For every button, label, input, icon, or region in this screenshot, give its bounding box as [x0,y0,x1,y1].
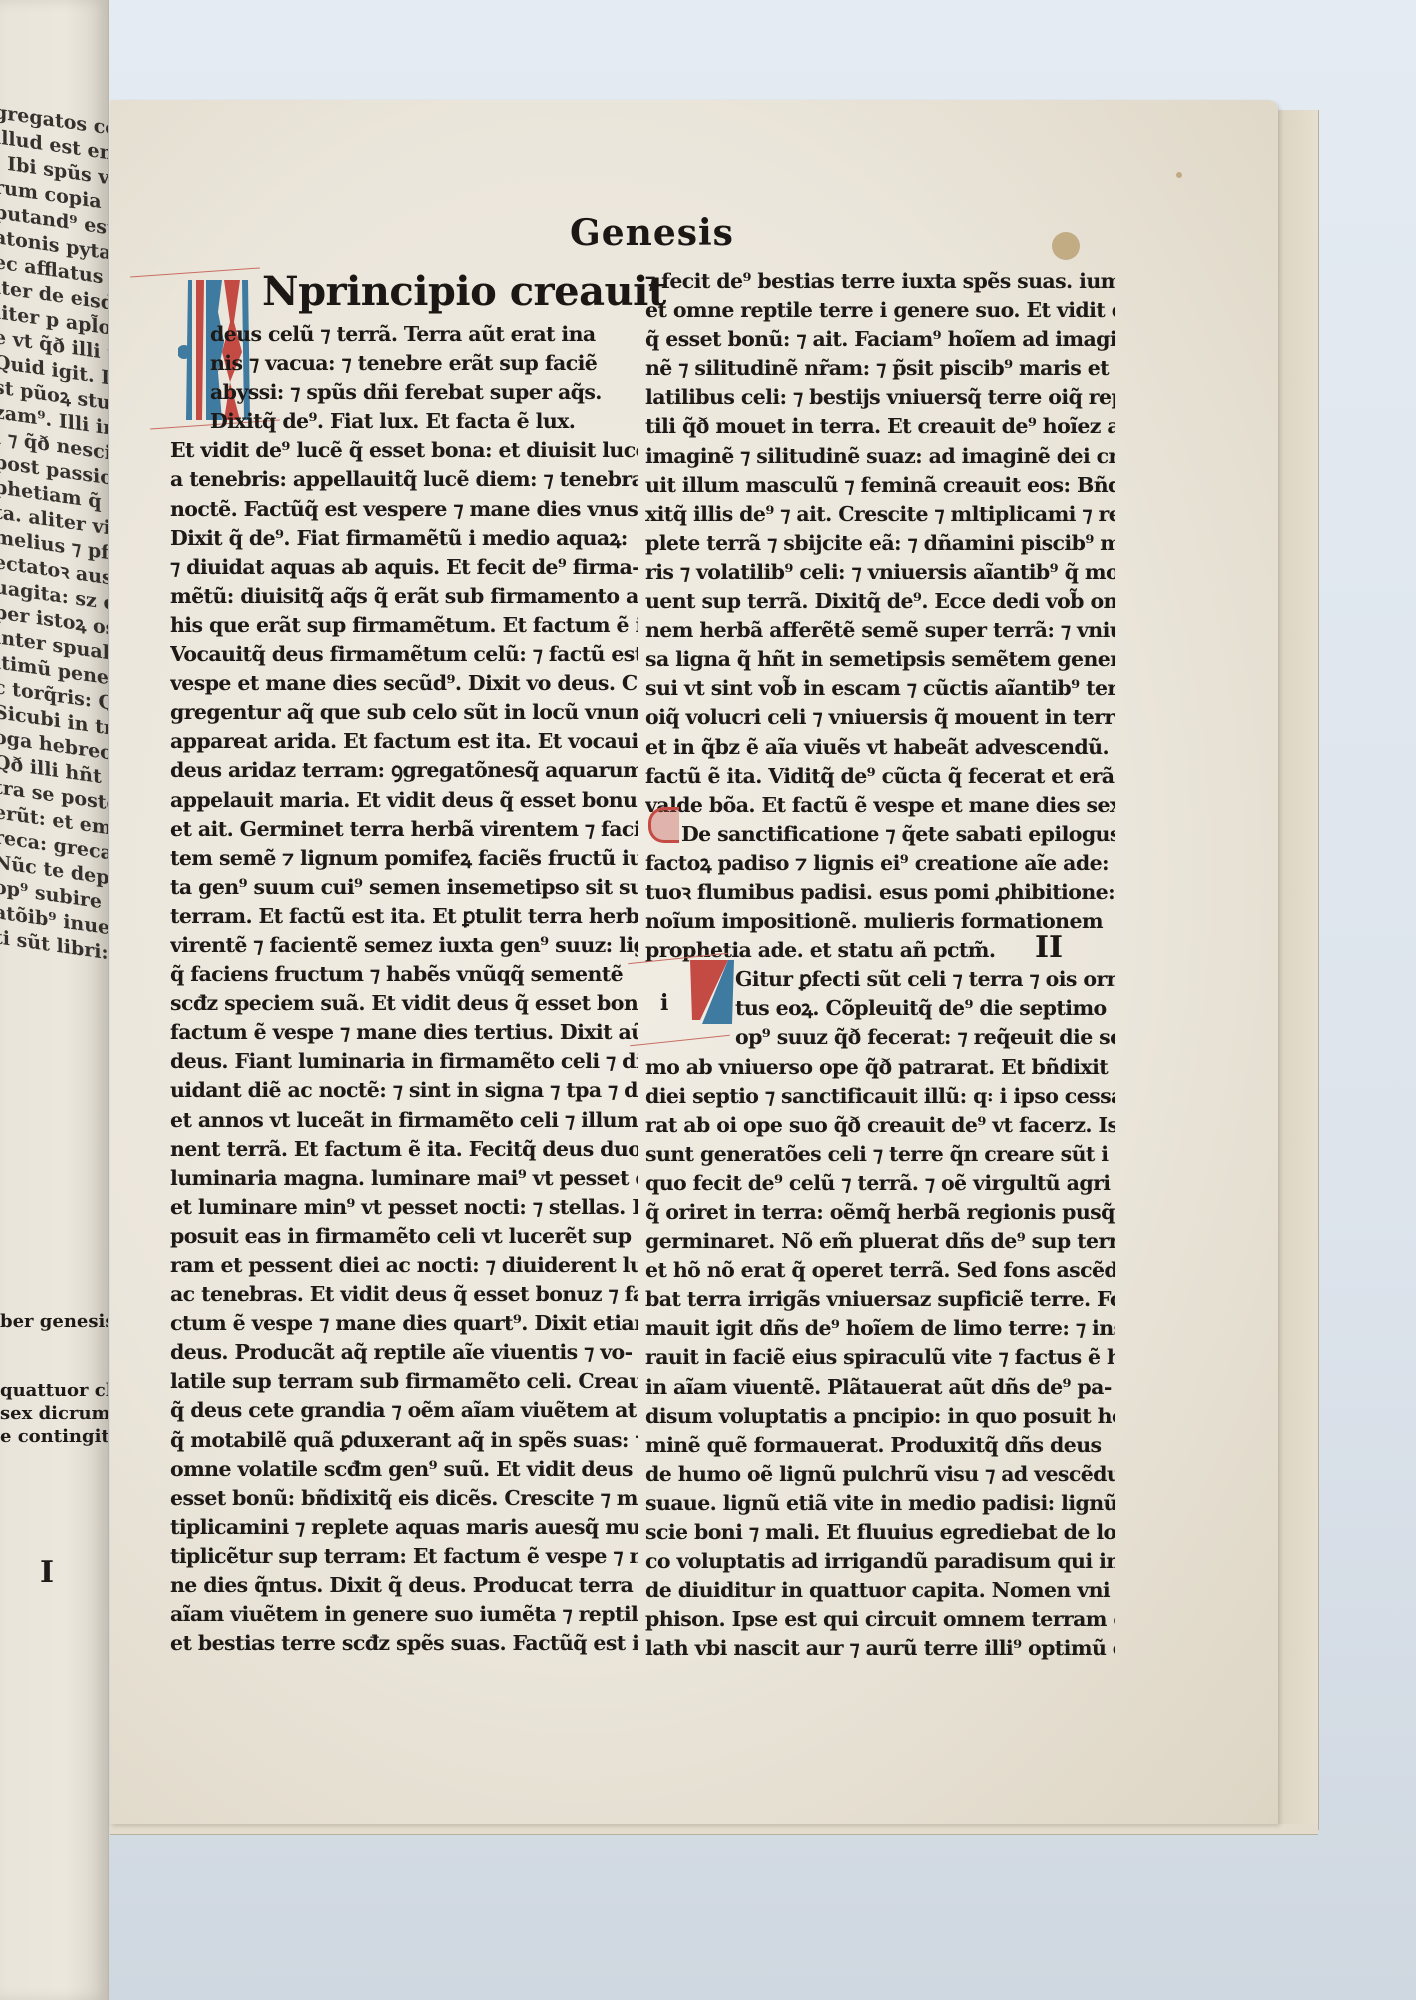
text-line: q̃ motabilẽ quã ꝑduxerant aq̃ in spẽs su… [170,1426,638,1455]
left-page-fragment: gregatos conuoiillud est em esse. Ibi sp… [0,0,109,2000]
text-line: vespe et mane dies secũd⁹. Dixit vo deus… [170,669,638,698]
text-line: et ait. Germinet terra herbã virentem ⁊ … [170,815,638,844]
text-line: nem herbã afferẽtẽ semẽ super terrã: ⁊ v… [645,616,1115,645]
text-line: rauit in faciẽ eius spiraculũ vite ⁊ fac… [645,1343,1115,1372]
text-line: oiq̃ volucri celi ⁊ vniuersis q̃ mouent … [645,703,1115,732]
foxing-dot [1176,172,1182,178]
incipit-heading: Nprincipio creauit [262,268,666,315]
text-line: a tenebris: appellauitq̃ lucẽ diem: ⁊ te… [170,465,638,494]
rubric-paragraph-mark [648,807,679,843]
text-line: suaue. lignũ etiã vite in medio padisi: … [645,1489,1115,1518]
text-line: bat terra irrigãs vniuersaz supficiẽ ter… [645,1285,1115,1314]
text-line: et bestias terre scđz spẽs suas. Factũq̃… [170,1629,638,1658]
text-line: ris ⁊ volatilib⁹ celi: ⁊ vniuersis aĩant… [645,558,1115,587]
text-line: deus celũ ⁊ terrã. Terra aũt erat ina [170,320,638,349]
text-line: diei septio ⁊ sanctificauit illũ: q꞉ i i… [645,1082,1115,1111]
text-line: lath vbi nascit aur ⁊ aurũ terre illi⁹ o… [645,1634,1115,1663]
text-line: ram et pessent diei ac nocti: ⁊ diuidere… [170,1251,638,1280]
text-line: et luminare min⁹ vt pesset nocti: ⁊ stel… [170,1193,638,1222]
text-line: plete terrã ⁊ sbijcite eã: ⁊ dñamini pis… [645,529,1115,558]
text-line: rat ab oi ope suo q̃ð creauit de⁹ vt fac… [645,1111,1115,1140]
guide-letter: i [660,990,668,1016]
page-edge-right [1278,110,1319,1830]
text-line: mauit igit dñs de⁹ hoĩem de limo terre: … [645,1314,1115,1343]
text-line: aĩam viuẽtem in genere suo iumẽta ⁊ rept… [170,1600,638,1629]
illuminated-initial-I-chapter-2 [688,958,744,1028]
text-line: gregentur aq̃ que sub celo sũt in locũ v… [170,698,638,727]
text-line: Dixitq̃ de⁹. Fiat lux. Et facta ẽ lux. [170,407,638,436]
text-line: ta gen⁹ suum cui⁹ semen insemetipso sit … [170,873,638,902]
text-line: sui vt sint vob̃ in escam ⁊ cũctis aĩant… [645,674,1115,703]
text-line: virentẽ ⁊ facientẽ semez iuxta gen⁹ suuz… [170,931,638,960]
text-line: posuit eas in firmamẽto celi vt lucerẽt … [170,1222,638,1251]
text-line: appelauit maria. Et vidit deus q̃ esset … [170,786,638,815]
text-line: de humo oẽ lignũ pulchrũ visu ⁊ ad vescẽ… [645,1460,1115,1489]
text-line: ne dies q̃ntus. Dixit q̃ deus. Producat … [170,1571,638,1600]
left-page-line: e contingit. [0,1425,108,1448]
text-line: deus. Fiant luminaria in firmamẽto celi … [170,1047,638,1076]
text-line: co voluptatis ad irrigandũ paradisum qui… [645,1547,1115,1576]
text-line: De sanctificatione ⁊ q̃ete sabati epilog… [645,820,1115,849]
text-line: nent terrã. Et factum ẽ ita. Fecitq̃ deu… [170,1135,638,1164]
text-line: q̃ deus cete grandia ⁊ oẽm aĩam viuẽtem … [170,1396,638,1425]
left-page-line: quattuor clem [0,1379,108,1402]
text-line: Dixit q̃ de⁹. Fiat firmamẽtũ i medio aqu… [170,524,638,553]
text-line: valde bõa. Et factũ ẽ vespe et mane dies… [645,791,1115,820]
text-line: uidant diẽ ac noctẽ: ⁊ sint in signa ⁊ t… [170,1076,638,1105]
text-line: Vocauitq̃ deus firmamẽtum celũ: ⁊ factũ … [170,640,638,669]
text-line: omne volatile scđm gen⁹ suũ. Et vidit de… [170,1455,638,1484]
text-line: mo ab vniuerso ope q̃ð patrarat. Et bñdi… [645,1053,1115,1082]
text-line: ⁊ diuidat aquas ab aquis. Et fecit de⁹ f… [170,553,638,582]
text-line: nẽ ⁊ silitudinẽ nr̃am: ⁊ p̃sit piscib⁹ m… [645,354,1115,383]
text-line: q̃ esset bonũ: ⁊ ait. Faciam⁹ hoĩem ad i… [645,325,1115,354]
text-line: his que erãt sup firmamẽtum. Et factum ẽ… [170,611,638,640]
left-page-text: gregatos conuoiillud est em esse. Ibi sp… [0,100,109,967]
left-page-line [0,1333,108,1356]
running-head: Genesis [570,212,734,254]
page-edge-bottom [110,1824,1318,1835]
text-line: ⁊ fecit de⁹ bestias terre iuxta spẽs sua… [645,267,1115,296]
text-line: disum voluptatis a pncipio: in quo posui… [645,1402,1115,1431]
text-line: latile sup terram sub firmamẽto celi. Cr… [170,1367,638,1396]
left-page-line: ber genesis qui [0,1310,108,1333]
text-line: appareat arida. Et factum est ita. Et vo… [170,727,638,756]
text-line: q̃ faciens fructum ⁊ habẽs vnũqq̃ sement… [170,960,638,989]
text-line: sa ligna q̃ hñt in semetipsis semẽtem ge… [645,645,1115,674]
text-line: uit illum masculũ ⁊ feminã creauit eos: … [645,471,1115,500]
text-line: quo fecit de⁹ celũ ⁊ terrã. ⁊ oẽ virgult… [645,1169,1115,1198]
text-line: uent sup terrã. Dixitq̃ de⁹. Ecce dedi v… [645,587,1115,616]
text-line: Et vidit de⁹ lucẽ q̃ esset bona: et diui… [170,436,638,465]
text-line: tiplicamini ⁊ replete aquas maris auesq̃… [170,1513,638,1542]
text-line: de diuiditur in quattuor capita. Nomen v… [645,1576,1115,1605]
text-line: terram. Et factũ est ita. Et ꝑtulit terr… [170,902,638,931]
left-page-line: sex dicrum. ho [0,1402,108,1425]
text-line: abyssi: ⁊ spũs dñi ferebat super aq̃s. [170,378,638,407]
left-page-lower-text: ber genesis quiquattuor clemsex dicrum. … [0,1310,108,1448]
text-line: deus aridaz terram: ꝯgregatõnesq̃ aquaru… [170,756,638,785]
text-line: xitq̃ illis de⁹ ⁊ ait. Crescite ⁊ mltipl… [645,500,1115,529]
text-line: phison. Ipse est qui circuit omnem terra… [645,1605,1115,1634]
text-line: luminaria magna. luminare mai⁹ vt pesset… [170,1164,638,1193]
text-line: scđz speciem suã. Et vidit deus q̃ esset… [170,989,638,1018]
text-line: esset bonũ: bñdixitq̃ eis dicẽs. Crescit… [170,1484,638,1513]
text-line: q̃ oriret in terra: oẽmq̃ herbã regionis… [645,1198,1115,1227]
text-line: factoꝝ padiso ⁊ lignis ei⁹ creatione aĩe… [645,849,1115,878]
text-line: ac tenebras. Et vidit deus q̃ esset bonu… [170,1280,638,1309]
text-line: deus. Producãt aq̃ reptile aĩe viuentis … [170,1338,638,1367]
text-line: nis ⁊ vacua: ⁊ tenebre erãt sup faciẽ [170,349,638,378]
left-text-column: deus celũ ⁊ terrã. Terra aũt erat inanis… [170,320,638,1658]
text-line: tuoꝛ flumibus padisi. esus pomi ꝓhibitio… [645,878,1115,907]
text-line: tiplicẽtur sup terram: Et factum ẽ vespe… [170,1542,638,1571]
text-line: tem semẽ ⁊ lignum pomifeꝝ faciẽs fructũ … [170,844,638,873]
text-line: germinaret. Nõ em̃ pluerat dñs de⁹ sup t… [645,1227,1115,1256]
text-line: tili q̃ð mouet in terra. Et creauit de⁹ … [645,412,1115,441]
text-line: minẽ quẽ formauerat. Produxitq̃ dñs deus [645,1431,1115,1460]
text-line: et in q̃bz ẽ aĩa viuẽs vt habeãt advesce… [645,733,1115,762]
text-line: et omne reptile terre i genere suo. Et v… [645,296,1115,325]
text-line: factum ẽ vespe ⁊ mane dies tertius. Dixi… [170,1018,638,1047]
text-line: ctum ẽ vespe ⁊ mane dies quart⁹. Dixit e… [170,1309,638,1338]
text-line: et hõ nõ erat q̃ operet terrã. Sed fons … [645,1256,1115,1285]
left-page-mark: I [40,1555,54,1590]
text-line: scie boni ⁊ mali. Et fluuius egrediebat … [645,1518,1115,1547]
text-line: imaginẽ ⁊ silitudinẽ suaz: ad imaginẽ de… [645,442,1115,471]
text-line: noctẽ. Factũq̃ est vespere ⁊ mane dies v… [170,495,638,524]
text-line: in aĩam viuentẽ. Plãtauerat aũt dñs de⁹ … [645,1373,1115,1402]
text-line: mẽtũ: diuisitq̃ aq̃s q̃ erãt sub firmame… [170,582,638,611]
text-line: sunt generatões celi ⁊ terre q̃n creare … [645,1140,1115,1169]
text-line: et annos vt luceãt in firmamẽto celi ⁊ i… [170,1106,638,1135]
text-line: latilibus celi: ⁊ bestijs vniuersq̃ terr… [645,383,1115,412]
text-line: factũ ẽ ita. Viditq̃ de⁹ cũcta q̃ fecera… [645,762,1115,791]
foxing-stain [1052,232,1080,260]
chapter-number: II [1035,930,1063,965]
left-page-line [0,1356,108,1379]
